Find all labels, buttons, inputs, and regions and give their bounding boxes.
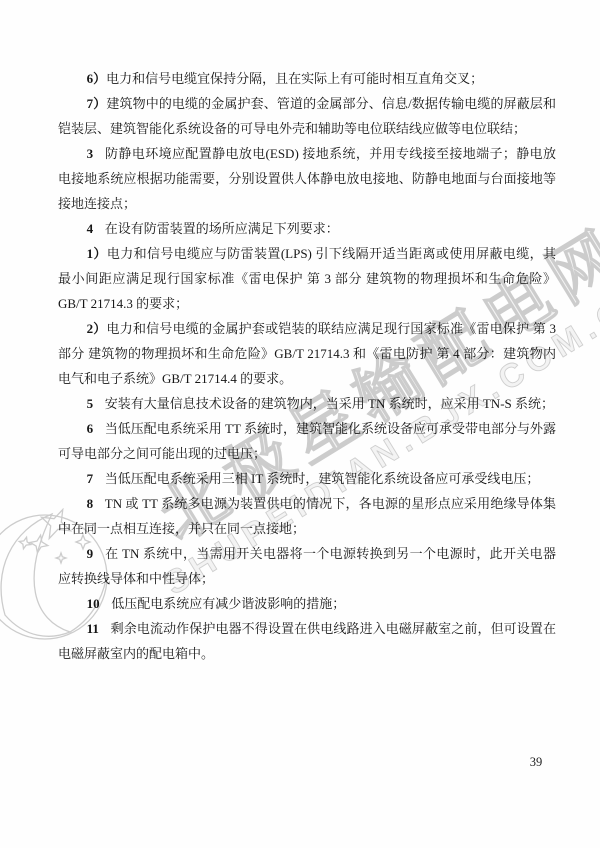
document-paragraph: 5安装有大量信息技术设备的建筑物内，当采用 TN 系统时，应采用 TN-S 系统…	[58, 391, 556, 416]
document-paragraph: 11剩余电流动作保护电器不得设置在供电线路进入电磁屏蔽室之前，但可设置在电磁屏蔽…	[58, 616, 556, 666]
document-paragraph: 7当低压配电系统采用三相 IT 系统时，建筑智能化系统设备应可承受线电压；	[58, 466, 556, 491]
item-number: 8	[87, 496, 94, 511]
item-number: 10	[87, 596, 100, 611]
item-number: 11	[87, 621, 99, 636]
logo-star-medium-3	[18, 536, 33, 551]
item-text: 电力和信号电缆的金属护套或铠装的联结应满足现行国家标准《雷电保护 第 3 部分 …	[58, 321, 556, 386]
item-text: TN 或 TT 系统多电源为装置供电的情况下，各电源的星形点应采用绝缘导体集中在…	[58, 496, 556, 536]
item-number: 3	[87, 146, 94, 161]
document-paragraph: 4在设有防雷装置的场所应满足下列要求：	[58, 216, 556, 241]
document-paragraph: 1）电力和信号电缆应与防雷装置(LPS) 引下线隔开适当距离或使用屏蔽电缆，其最…	[58, 241, 556, 316]
document-paragraph: 8TN 或 TT 系统多电源为装置供电的情况下，各电源的星形点应采用绝缘导体集中…	[58, 491, 556, 541]
item-text: 安装有大量信息技术设备的建筑物内，当采用 TN 系统时，应采用 TN-S 系统；	[105, 396, 554, 411]
item-text: 剩余电流动作保护电器不得设置在供电线路进入电磁屏蔽室之前，但可设置在电磁屏蔽室内…	[58, 621, 556, 661]
item-number: 9	[87, 546, 94, 561]
item-number: 4	[87, 221, 94, 236]
item-text: 建筑物中的电缆的金属护套、管道的金属部分、信息/数据传输电缆的屏蔽层和铠装层、建…	[58, 96, 556, 136]
item-number: 6）	[87, 71, 107, 86]
document-paragraph: 6当低压配电系统采用 TT 系统时，建筑智能化系统设备应可承受带电部分与外露可导…	[58, 416, 556, 466]
document-body: 6）电力和信号电缆宜保持分隔，且在实际上有可能时相互直角交叉；7）建筑物中的电缆…	[58, 66, 556, 666]
item-number: 7）	[87, 96, 107, 111]
item-text: 当低压配电系统采用 TT 系统时，建筑智能化系统设备应可承受带电部分与外露可导电…	[58, 421, 556, 461]
page-number: 39	[521, 755, 551, 770]
item-text: 在 TN 系统中，当需用开关电器将一个电源转换到另一个电源时，此开关电器应转换线…	[58, 546, 556, 586]
item-text: 电力和信号电缆应与防雷装置(LPS) 引下线隔开适当距离或使用屏蔽电缆，其最小间…	[58, 246, 556, 311]
item-number: 1）	[87, 246, 107, 261]
scanned-document-page: 北极星输配电网 SHUPEIDIAN.BJX.COM.CN 6）电力和信号电缆宜…	[0, 0, 600, 848]
item-number: 5	[87, 396, 94, 411]
item-number: 2）	[87, 321, 107, 336]
document-paragraph: 7）建筑物中的电缆的金属护套、管道的金属部分、信息/数据传输电缆的屏蔽层和铠装层…	[58, 91, 556, 141]
document-paragraph: 6）电力和信号电缆宜保持分隔，且在实际上有可能时相互直角交叉；	[58, 66, 556, 91]
item-text: 电力和信号电缆宜保持分隔，且在实际上有可能时相互直角交叉；	[106, 71, 483, 86]
document-paragraph: 10低压配电系统应有减少谐波影响的措施；	[58, 591, 556, 616]
item-number: 7	[87, 471, 94, 486]
logo-star-medium-1	[29, 534, 50, 555]
item-text: 当低压配电系统采用三相 IT 系统时，建筑智能化系统设备应可承受线电压；	[105, 471, 540, 486]
item-text: 防静电环境应配置静电放电(ESD) 接地系统，并用专线接至接地端子；静电放电接地…	[58, 146, 556, 211]
item-text: 低压配电系统应有减少谐波影响的措施；	[111, 596, 345, 611]
document-paragraph: 2）电力和信号电缆的金属护套或铠装的联结应满足现行国家标准《雷电保护 第 3 部…	[58, 316, 556, 391]
document-paragraph: 3防静电环境应配置静电放电(ESD) 接地系统，并用专线接至接地端子；静电放电接…	[58, 141, 556, 216]
document-paragraph: 9在 TN 系统中，当需用开关电器将一个电源转换到另一个电源时，此开关电器应转换…	[58, 541, 556, 591]
item-text: 在设有防雷装置的场所应满足下列要求：	[105, 221, 339, 236]
item-number: 6	[87, 421, 94, 436]
